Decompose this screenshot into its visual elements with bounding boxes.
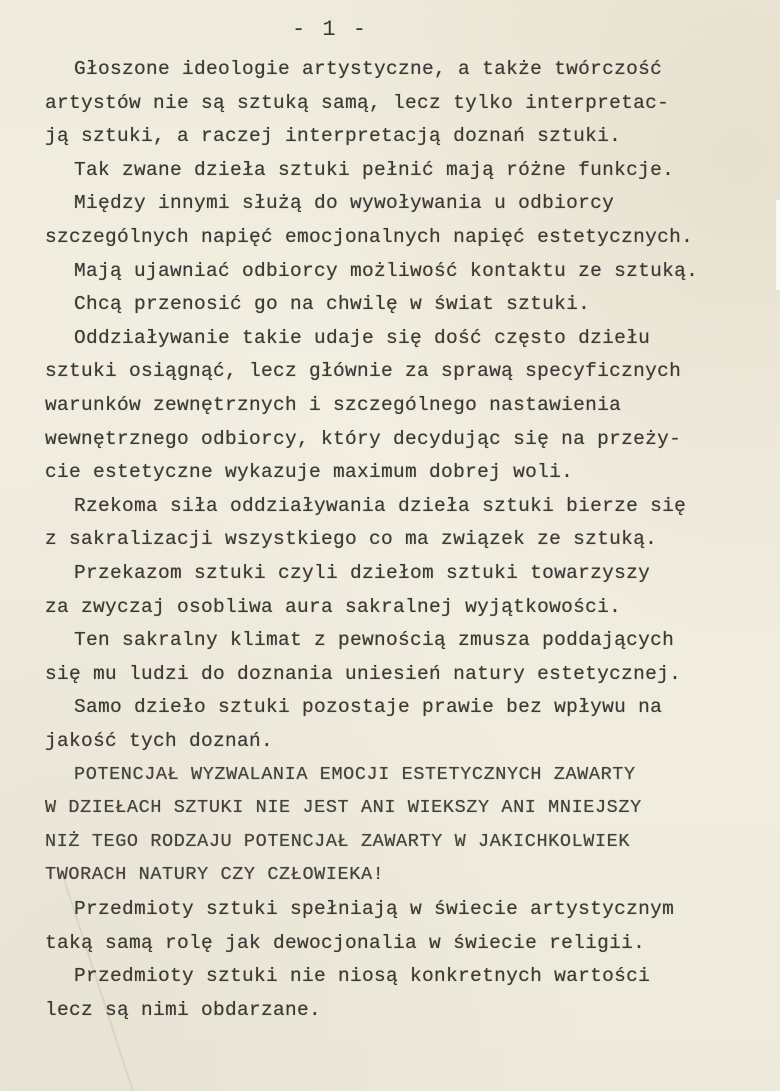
text-line: artystów nie są sztuką samą, lecz tylko … <box>45 92 669 114</box>
text-line: z sakralizacji wszystkiego co ma związek… <box>45 528 657 550</box>
text-line: wewnętrznego odbiorcy, który decydując s… <box>45 428 681 450</box>
text-line: Oddziaływanie takie udaje się dość częst… <box>74 327 650 349</box>
text-line: Ten sakralny klimat z pewnością zmusza p… <box>74 629 674 651</box>
text-line: szczególnych napięć emocjonalnych napięć… <box>45 226 693 248</box>
text-line: warunków zewnętrznych i szczególnego nas… <box>45 394 621 416</box>
text-line: lecz są nimi obdarzane. <box>45 999 321 1021</box>
text-line: W DZIEŁACH SZTUKI NIE JEST ANI WIEKSZY A… <box>45 797 642 818</box>
text-line: Przekazom sztuki czyli dziełom sztuki to… <box>74 562 650 584</box>
text-line: jakość tych doznań. <box>45 730 273 752</box>
text-line: Tak zwane dzieła sztuki pełnić mają różn… <box>74 159 674 181</box>
text-line: sztuki osiągnąć, lecz głównie za sprawą … <box>45 360 681 382</box>
text-line: taką samą rolę jak dewocjonalia w świeci… <box>45 932 645 954</box>
text-line: się mu ludzi do doznania uniesień natury… <box>45 663 681 685</box>
text-line: Mają ujawniać odbiorcy możliwość kontakt… <box>74 260 698 282</box>
text-line: TWORACH NATURY CZY CZŁOWIEKA! <box>45 864 384 885</box>
paper-edge <box>776 200 780 290</box>
typewritten-page: - 1 - Głoszone ideologie artystyczne, a … <box>0 0 780 1091</box>
text-line: Rzekoma siła oddziaływania dzieła sztuki… <box>74 495 686 517</box>
text-line: cie estetyczne wykazuje maximum dobrej w… <box>45 461 573 483</box>
text-line: ją sztuki, a raczej interpretacją doznań… <box>45 125 621 147</box>
text-line: Chcą przenosić go na chwilę w świat sztu… <box>74 293 590 315</box>
text-line: Przedmioty sztuki spełniają w świecie ar… <box>74 898 674 920</box>
text-line: Głoszone ideologie artystyczne, a także … <box>74 58 662 80</box>
text-line: NIŻ TEGO RODZAJU POTENCJAŁ ZAWARTY W JAK… <box>45 831 630 852</box>
text-line: Między innymi służą do wywoływania u odb… <box>74 192 614 214</box>
text-line: POTENCJAŁ WYZWALANIA EMOCJI ESTETYCZNYCH… <box>74 764 636 785</box>
text-line: za zwyczaj osobliwa aura sakralnej wyjąt… <box>45 596 621 618</box>
text-line: Przedmioty sztuki nie niosą konkretnych … <box>74 965 650 987</box>
text-line: Samo dzieło sztuki pozostaje prawie bez … <box>74 696 662 718</box>
page-number: - 1 - <box>0 17 660 42</box>
